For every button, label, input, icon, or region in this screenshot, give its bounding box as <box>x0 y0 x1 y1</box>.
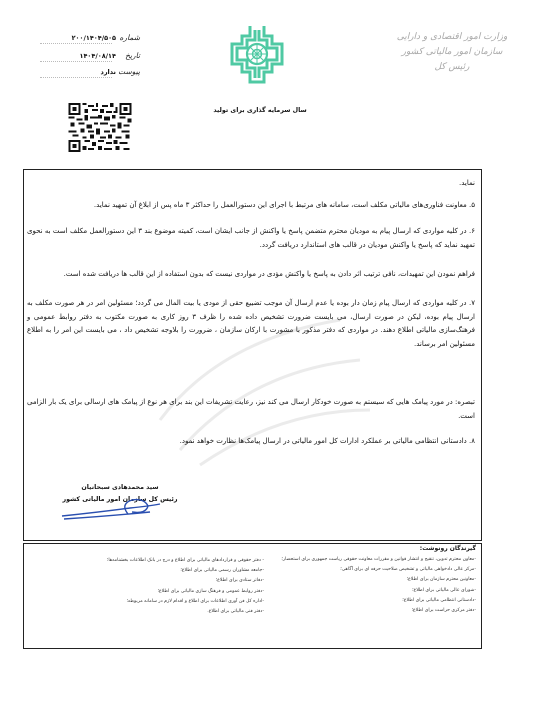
attachment-field: پیوست ندارد <box>40 67 140 79</box>
paragraph-item-6: ۶. در کلیه مواردی که ارسال پیام به مودیا… <box>27 225 475 252</box>
cc-recipient: -دفتر فنی مالیاتی برای اطلاع. <box>107 607 264 617</box>
date-value: ۱۴۰۴/۰۸/۱۴ <box>80 52 117 60</box>
cc-recipient: -معاون محترم تدوین، تنقیح و انتشار قوانی… <box>281 555 476 565</box>
number-label: شماره <box>120 33 140 42</box>
tax-organization-emblem-icon <box>228 24 286 84</box>
cc-recipient: -اداره کل فن آوری اطلاعات برای اطلاع و ا… <box>107 597 264 607</box>
signature-icon <box>60 492 170 522</box>
ministry-line: وزارت امور اقتصادی و دارایی <box>382 30 522 45</box>
cc-recipient: -دفتر روابط عمومی و فرهنگ سازی مالیاتی ب… <box>107 587 264 597</box>
attachment-label: پیوست <box>118 67 140 76</box>
letter-date-field: تاریخ ۱۴۰۴/۰۸/۱۴ <box>40 51 140 63</box>
cc-title: گیرندگان رونوشت: <box>420 545 476 552</box>
paragraph-provision-note: فراهم نمودن این تمهیدات، نافی ترتیب اثر … <box>27 268 475 282</box>
year-slogan: سال سرمایه گذاری برای تولید <box>200 107 320 114</box>
cc-recipient: -دادستانی انتظامی مالیاتی برای اطلاع؛ <box>281 596 476 606</box>
ministry-header: وزارت امور اقتصادی و دارایی سازمان امور … <box>382 30 522 75</box>
cc-recipient: -جامعه مشاوران رسمی مالیاتی برای اطلاع؛ <box>107 566 264 576</box>
cc-recipient: -شورای عالی مالیاتی برای اطلاع؛ <box>281 586 476 596</box>
cc-recipient: -دفتر مرکزی حراست برای اطلاع؛ <box>281 606 476 616</box>
paragraph-note: تبصره: در مورد پیامک هایی که سیستم به صو… <box>27 396 475 423</box>
date-label: تاریخ <box>125 51 140 60</box>
organization-line: سازمان امور مالیاتی کشور <box>382 45 522 60</box>
cc-recipient: -مرکز عالی دادخواهی مالیاتی و تشخیص صلاح… <box>281 565 476 575</box>
number-value: ۲۰۰/۱۴۰۴/۵۰۵ <box>72 34 116 42</box>
office-line: رئیس کل <box>382 60 522 75</box>
attachment-value: ندارد <box>100 68 116 76</box>
cc-recipient: - دفتر حقوقی و قراردادهای مالیاتی برای ا… <box>107 556 264 566</box>
qr-code-icon[interactable] <box>68 103 132 152</box>
paragraph-item-7: ۷. در کلیه مواردی که ارسال پیام زمان دار… <box>27 297 475 351</box>
paragraph-item-5: ۵. معاونت فناوری‌های مالیاتی مکلف است، س… <box>27 199 475 213</box>
paragraph-item-8: ۸. دادستانی انتظامی مالیاتی بر عملکرد اد… <box>27 435 475 449</box>
cc-recipients-left: - دفتر حقوقی و قراردادهای مالیاتی برای ا… <box>107 556 264 617</box>
cc-recipient: -دفاتر ستادی برای اطلاع؛ <box>107 576 264 586</box>
paragraph-continuation: نماید. <box>27 177 475 191</box>
cc-recipients-right: -معاون محترم تدوین، تنقیح و انتشار قوانی… <box>281 555 476 616</box>
cc-recipient: -معاونین محترم سازمان برای اطلاع؛ <box>281 575 476 585</box>
letter-number-field: شماره ۲۰۰/۱۴۰۴/۵۰۵ <box>40 33 140 45</box>
